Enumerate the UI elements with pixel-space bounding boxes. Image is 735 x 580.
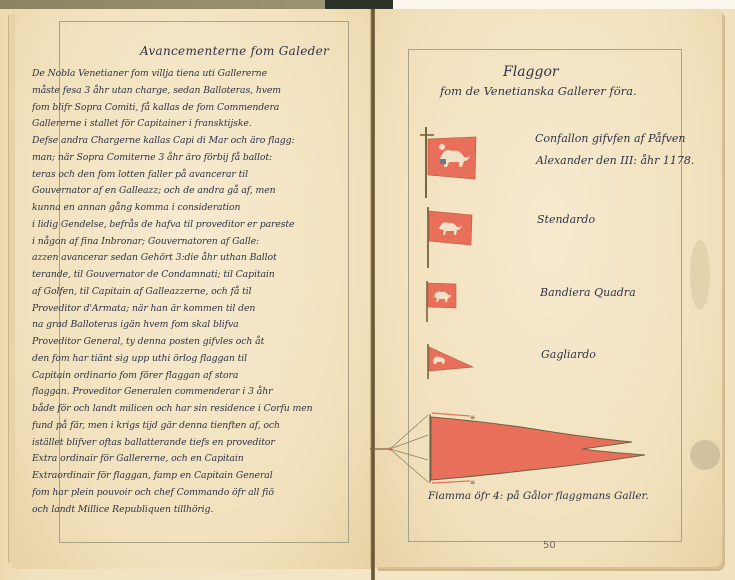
text-line: istället blifver oftas ballatterande tie… (32, 435, 346, 452)
paper-stain (690, 440, 720, 470)
text-line: Gallererne i stallet för Capitainer i fr… (32, 116, 346, 133)
flag-label-bandiera-quadra: Bandiera Quadra (540, 286, 636, 299)
left-page-body-text: De Nobla Venetianer fom villja tiena uti… (32, 66, 346, 518)
svg-text:≡: ≡ (470, 479, 475, 486)
flag-label-gagliardo: Gagliardo (541, 348, 596, 361)
text-line: De Nobla Venetianer fom villja tiena uti… (32, 66, 346, 83)
page-number: 50 (543, 540, 556, 551)
fiamma-streamer-icon: ≡ ≡ (370, 410, 650, 485)
text-line: terande, til Gouvernator de Condamnati; … (32, 267, 346, 284)
text-line: Extraordinair för flaggan, famp en Capit… (32, 468, 346, 485)
text-line: fom blifr Sopra Comiti, få kallas de fom… (32, 100, 346, 117)
text-line: Capitain ordinario fom förer flaggan af … (32, 368, 346, 385)
text-line: fom har plein pouvoir och chef Commando … (32, 485, 346, 502)
text-line: flaggan. Proveditor Generalen commendera… (32, 384, 346, 401)
svg-text:≡: ≡ (470, 414, 475, 421)
text-line: teras och den fom lotten faller på avanc… (32, 167, 346, 184)
text-line: fund på fär, men i krigs tijd gär denna … (32, 418, 346, 435)
text-line: Proveditor d'Armata; när han är kommen t… (32, 301, 346, 318)
text-line: och landt Millice Republiquen tillhörig. (32, 502, 346, 519)
text-line: i någon af fina Inbronar; Gouvernatoren … (32, 234, 346, 251)
right-page-subtitle: fom de Venetianska Gallerer föra. (440, 84, 637, 98)
flag-label-confallon: Confallon gifvfen af Påfven (535, 132, 685, 145)
text-line: den fom har tiänt sig upp uthi örlog fla… (32, 351, 346, 368)
scanner-light-band (393, 0, 735, 9)
left-page-stack-edge (8, 15, 15, 563)
flag-label-confallon-line2: Alexander den III: åhr 1178. (536, 154, 694, 167)
scan-top-edge (0, 0, 735, 9)
bandiera-quadra-flag-icon (424, 280, 464, 325)
text-line: måste fesa 3 åhr utan charge, sedan Ball… (32, 83, 346, 100)
text-line: af Golfen, til Capitain af Galleazzerne,… (32, 284, 346, 301)
text-line: Gouvernator af en Galleazz; och de andra… (32, 183, 346, 200)
flag-label-fiamma: Fiamma öfr 4: på Gålor flaggmans Galler. (428, 490, 649, 502)
flag-label-stendardo: Stendardo (537, 213, 595, 226)
text-line: kunna en annan gång komma i consideratio… (32, 200, 346, 217)
scanner-dark-band (325, 0, 393, 9)
text-line: i lidig Gendelse, befrås de hafva til pr… (32, 217, 346, 234)
confallon-flag-icon (418, 125, 480, 200)
text-line: både för och landt milicen och har sin r… (32, 401, 346, 418)
text-line: Extra ordinair för Gallererne, och en Ca… (32, 451, 346, 468)
text-line: azzen avancerar sedan Gehört 3:die åhr u… (32, 250, 346, 267)
text-line: na grad Balloteras igän hvem fom skal bl… (32, 317, 346, 334)
gagliardo-pennant-icon (425, 343, 480, 381)
text-line: man; när Sopra Comiterne 3 åhr äro förbi… (32, 150, 346, 167)
paper-stain (690, 240, 710, 310)
left-page-title: Avancementerne fom Galeder (140, 44, 329, 58)
text-line: Defse andra Chargerne kallas Capi di Mar… (32, 133, 346, 150)
text-line: Proveditor General, ty denna posten gifv… (32, 334, 346, 351)
stendardo-flag-icon (425, 205, 480, 270)
right-page-title: Flaggor (503, 64, 559, 80)
